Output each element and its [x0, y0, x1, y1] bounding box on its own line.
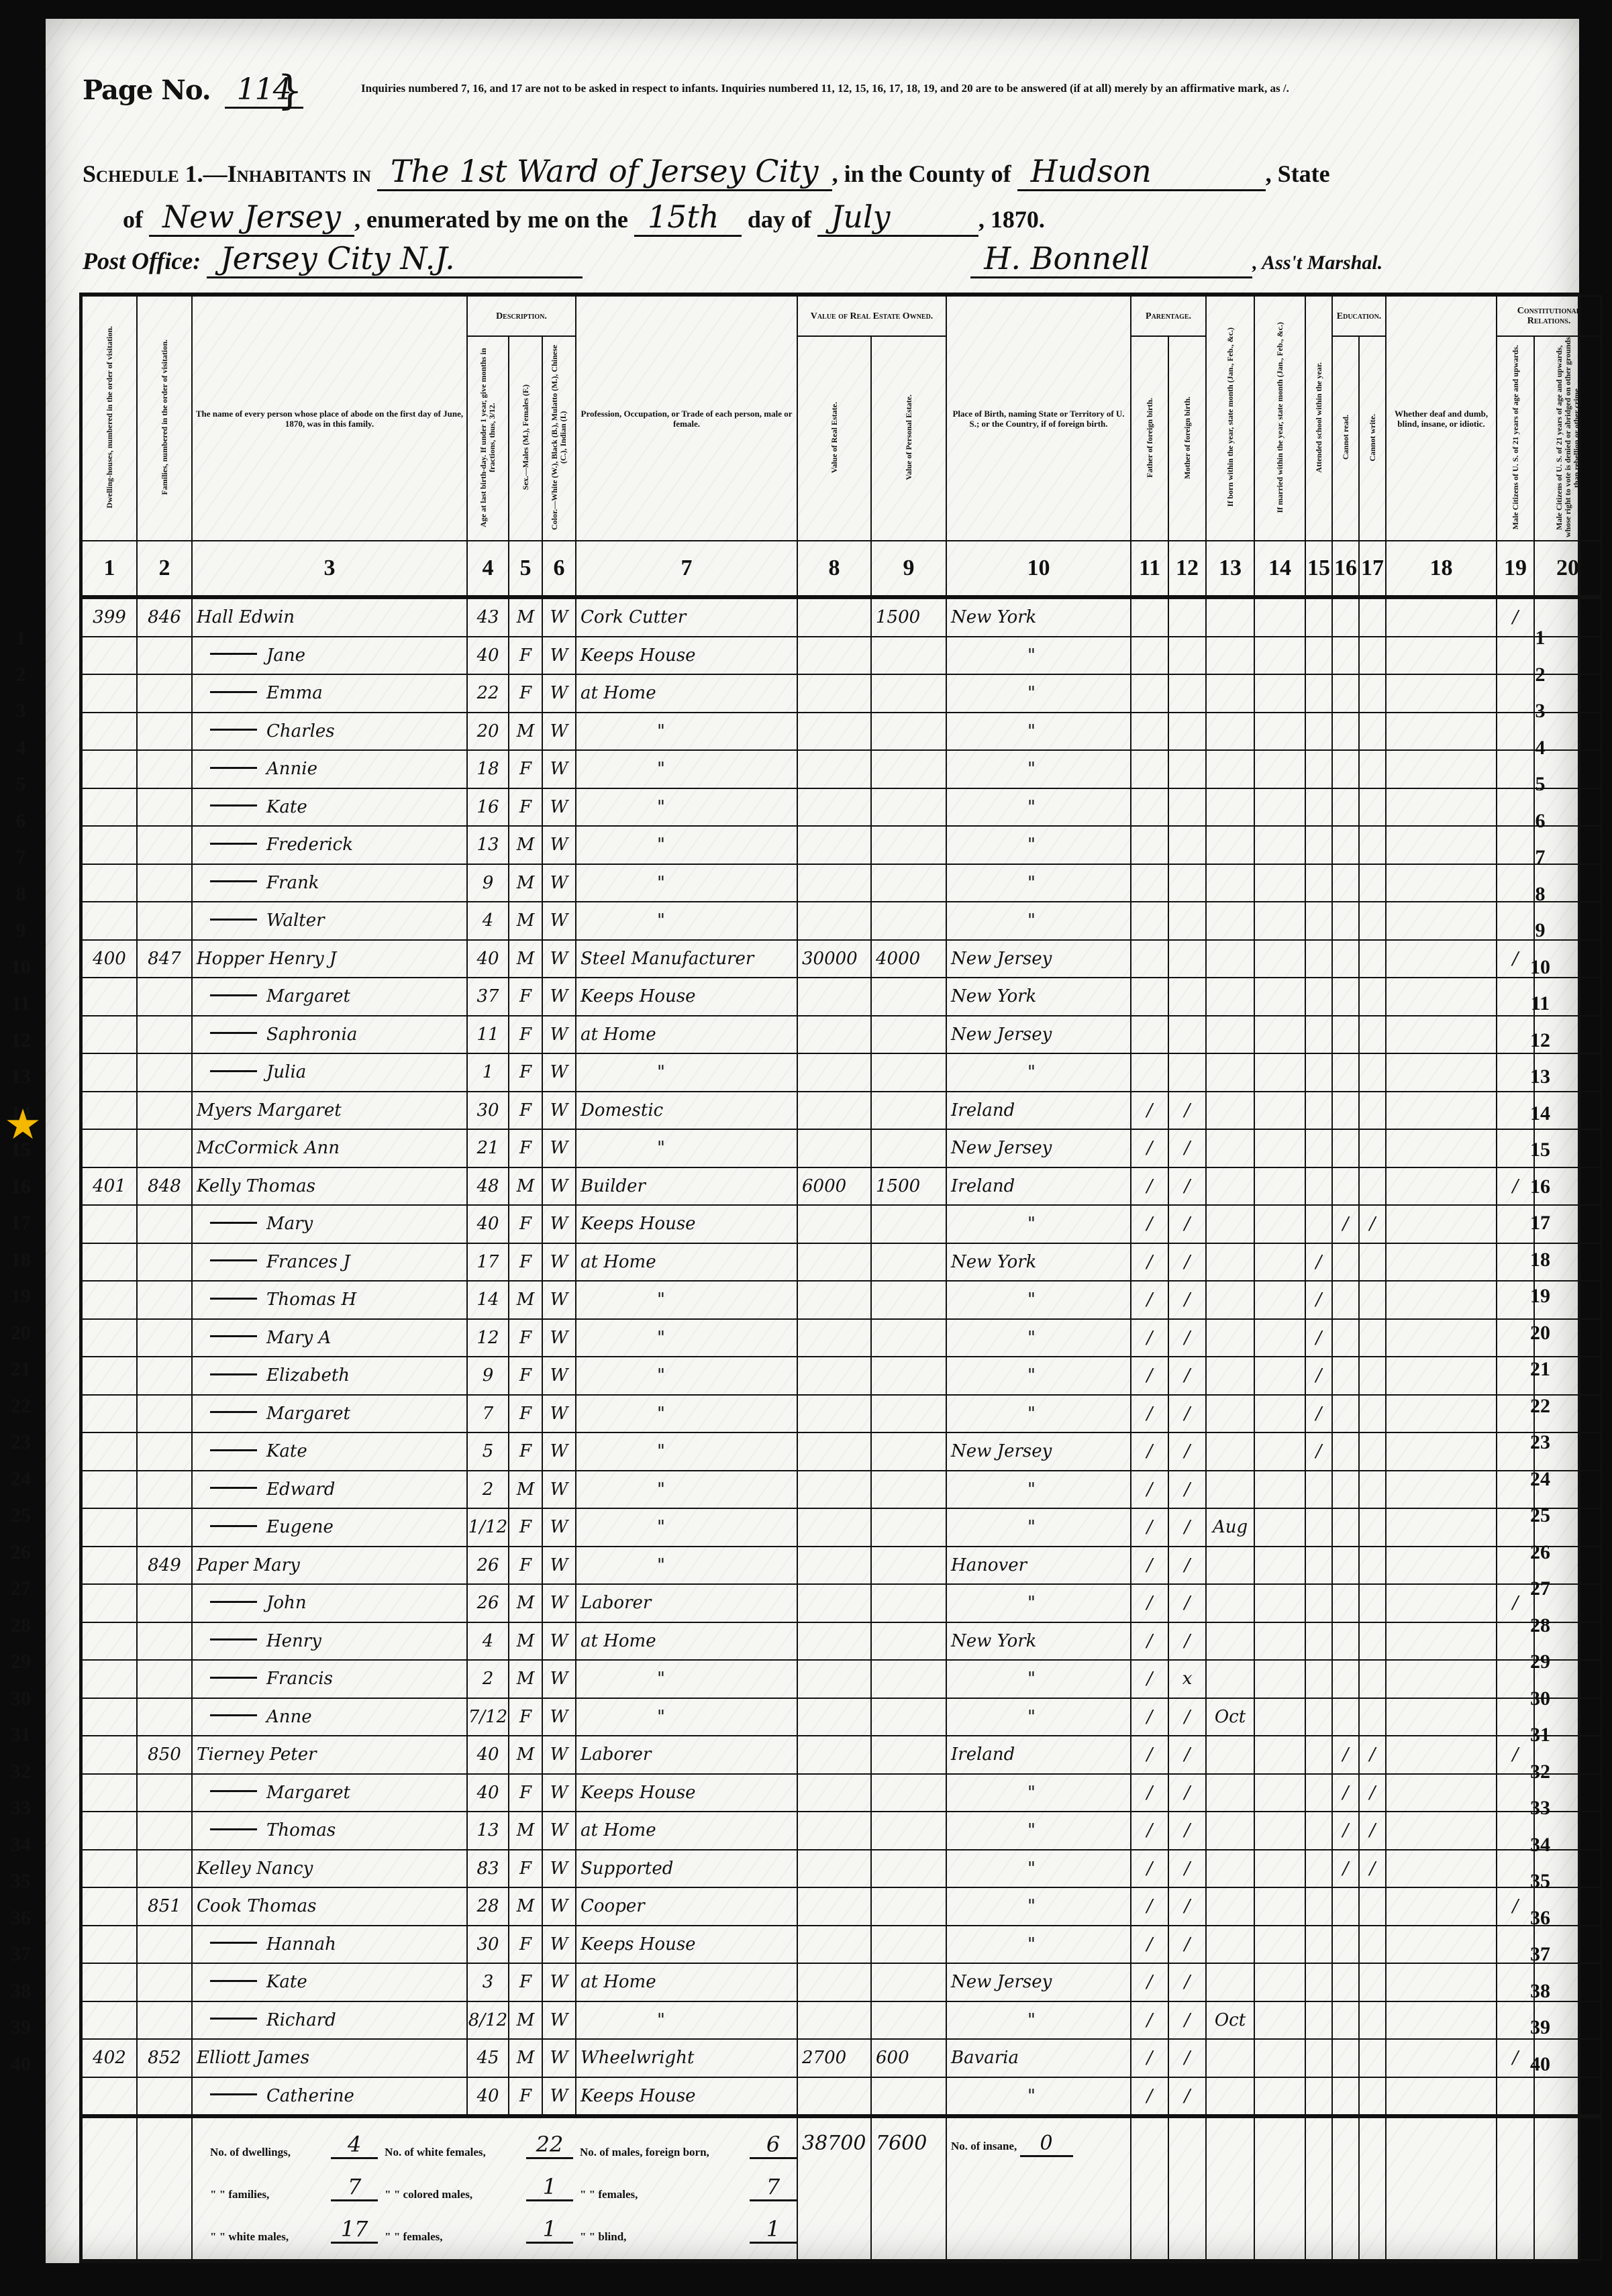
cell-occupation: " [576, 902, 797, 940]
ditto-dash [210, 1335, 257, 1337]
cell-write [1359, 1053, 1386, 1092]
cell-family [137, 1205, 192, 1243]
cell-married [1254, 2039, 1305, 2077]
cell-personal [871, 1584, 946, 1622]
cell-sex: M [509, 1812, 542, 1850]
cell-mother [1168, 902, 1206, 940]
given-name: Thomas H [266, 1290, 356, 1310]
cell-write [1359, 978, 1386, 1016]
cell-personal [871, 1887, 946, 1926]
table-row: Elizabeth9FW""/// [82, 1357, 1601, 1395]
cell-dwelling [82, 1508, 137, 1547]
person-name: Hopper Henry J [192, 940, 467, 978]
cell-sex: M [509, 1281, 542, 1319]
cell-dwelling [82, 637, 137, 675]
cell-mother [1168, 940, 1206, 978]
cell-read [1332, 1432, 1359, 1471]
row-number: 18 [4, 1249, 38, 1271]
person-name: Kate [192, 1963, 467, 2001]
census-rows: 399846Hall Edwin43MWCork Cutter1500New Y… [82, 597, 1601, 2116]
cell-personal: 4000 [871, 940, 946, 978]
cell-personal [871, 1432, 946, 1471]
person-name: Myers Margaret [192, 1092, 467, 1130]
cell-married [1254, 1016, 1305, 1054]
cell-read [1332, 1395, 1359, 1433]
cell-sex: F [509, 978, 542, 1016]
cell-personal [871, 1774, 946, 1812]
cell-color: W [542, 1129, 576, 1167]
cell-born [1206, 1243, 1254, 1282]
cell-occupation: Keeps House [576, 1926, 797, 1964]
person-name: Mary A [192, 1319, 467, 1357]
cell-birthplace: Ireland [946, 1167, 1131, 1206]
cell-personal [871, 1850, 946, 1888]
row-number: 11 [4, 992, 38, 1015]
cell-personal [871, 1016, 946, 1054]
given-name: Mary [254, 1555, 300, 1575]
row-number: 13 [4, 1065, 38, 1088]
row-number: 15 [1523, 1139, 1557, 1161]
foreign-females-count: 7 [750, 2174, 797, 2201]
row-number: 12 [4, 1029, 38, 1052]
cell-family: 847 [137, 940, 192, 978]
cell-birthplace: " [946, 1584, 1131, 1622]
cell-occupation: at Home [576, 1812, 797, 1850]
column-number: 15 [1305, 541, 1332, 597]
cell-real [797, 597, 871, 637]
person-name: John [192, 1584, 467, 1622]
cell-real [797, 1926, 871, 1964]
cell-sex: F [509, 637, 542, 675]
cell-real [797, 1319, 871, 1357]
brace-icon: } [277, 67, 303, 114]
surname: Hall [197, 607, 234, 627]
cell-mother [1168, 750, 1206, 788]
cell-defect [1386, 1016, 1497, 1054]
cell-family [137, 1926, 192, 1964]
col-header-18: Whether deaf and dumb, blind, insane, or… [1386, 296, 1497, 541]
row-number: 28 [1523, 1614, 1557, 1637]
cell-father: / [1131, 1357, 1168, 1395]
cell-real [797, 1281, 871, 1319]
cell-born [1206, 1963, 1254, 2001]
cell-born [1206, 713, 1254, 751]
cell-dwelling [82, 1357, 137, 1395]
cell-birthplace: " [946, 1508, 1131, 1547]
cell-school [1305, 1698, 1332, 1736]
cell-family [137, 978, 192, 1016]
cell-dwelling [82, 1092, 137, 1130]
cell-father [1131, 1053, 1168, 1092]
cell-birthplace: New York [946, 597, 1131, 637]
row-number: 6 [1523, 810, 1557, 833]
cell-defect [1386, 674, 1497, 713]
cell-married [1254, 1432, 1305, 1471]
given-name: Kate [266, 797, 307, 817]
cell-father: / [1131, 1774, 1168, 1812]
cell-defect [1386, 1281, 1497, 1319]
person-name: Margaret [192, 1774, 467, 1812]
cell-school [1305, 1622, 1332, 1661]
cell-mother: / [1168, 1508, 1206, 1547]
real-estate-total: 38700 [797, 2116, 871, 2260]
cell-mother: / [1168, 2001, 1206, 2040]
ditto-dash [210, 691, 257, 693]
cell-personal [871, 1281, 946, 1319]
cell-school [1305, 1547, 1332, 1585]
cell-sex: M [509, 1622, 542, 1661]
cell-dwelling [82, 1812, 137, 1850]
cell-defect [1386, 1053, 1497, 1092]
cell-write [1359, 1660, 1386, 1698]
cell-born [1206, 1471, 1254, 1509]
ditto-dash [210, 1638, 257, 1640]
cell-family: 852 [137, 2039, 192, 2077]
row-number: 27 [4, 1577, 38, 1600]
col-header-1: Dwelling-houses, numbered in the order o… [82, 296, 137, 541]
cell-family [137, 1850, 192, 1888]
table-row: Kate5FW"New Jersey/// [82, 1432, 1601, 1471]
surname: Elliott [197, 2048, 250, 2068]
cell-father [1131, 902, 1168, 940]
cell-sex: F [509, 750, 542, 788]
cell-sex: M [509, 1736, 542, 1774]
cell-dwelling [82, 1887, 137, 1926]
cell-school [1305, 1774, 1332, 1812]
cell-family [137, 902, 192, 940]
cell-mother [1168, 788, 1206, 827]
cell-father [1131, 750, 1168, 788]
cell-married [1254, 1205, 1305, 1243]
state-line: of New Jersey, enumerated by me on the 1… [123, 199, 1045, 237]
cell-married [1254, 940, 1305, 978]
cell-real [797, 826, 871, 864]
cell-defect [1386, 1584, 1497, 1622]
table-row: Eugene1/12FW""//Aug [82, 1508, 1601, 1547]
cell-personal [871, 826, 946, 864]
column-number: 18 [1386, 541, 1497, 597]
families-count: 7 [331, 2174, 378, 2201]
ditto-dash [210, 767, 257, 769]
cell-father: / [1131, 1432, 1168, 1471]
cell-color: W [542, 1167, 576, 1206]
cell-age: 9 [467, 864, 509, 902]
cell-occupation: " [576, 864, 797, 902]
cell-defect [1386, 1774, 1497, 1812]
cell-father: / [1131, 1547, 1168, 1585]
given-name: Anne [266, 1707, 312, 1727]
cell-age: 13 [467, 826, 509, 864]
row-number: 34 [4, 1834, 38, 1857]
cell-father: / [1131, 1812, 1168, 1850]
cell-sex: F [509, 1016, 542, 1054]
person-name: Henry [192, 1622, 467, 1661]
cell-write [1359, 1698, 1386, 1736]
cell-school [1305, 1812, 1332, 1850]
given-name: Mary A [266, 1328, 331, 1348]
cell-real [797, 1584, 871, 1622]
cell-read: / [1332, 1850, 1359, 1888]
row-number: 37 [1523, 1943, 1557, 1966]
cell-age: 45 [467, 2039, 509, 2077]
cell-real [797, 1774, 871, 1812]
cell-age: 4 [467, 902, 509, 940]
cell-defect [1386, 637, 1497, 675]
ditto-dash [210, 1449, 257, 1451]
cell-mother: / [1168, 1774, 1206, 1812]
cell-birthplace: " [946, 1698, 1131, 1736]
cell-real [797, 1963, 871, 2001]
day-field: 15th [634, 199, 742, 237]
cell-mother: / [1168, 1205, 1206, 1243]
cell-personal [871, 1471, 946, 1509]
row-number: 8 [1523, 883, 1557, 906]
column-number: 11 [1131, 541, 1168, 597]
cell-write [1359, 713, 1386, 751]
cell-occupation: Laborer [576, 1736, 797, 1774]
cell-color: W [542, 1205, 576, 1243]
row-number: 22 [1523, 1395, 1557, 1418]
row-number: 18 [1523, 1249, 1557, 1271]
table-row: 399846Hall Edwin43MWCork Cutter1500New Y… [82, 597, 1601, 637]
cell-family [137, 1584, 192, 1622]
cell-born [1206, 1584, 1254, 1622]
cell-read [1332, 1092, 1359, 1130]
cell-color: W [542, 1547, 576, 1585]
column-number: 17 [1359, 541, 1386, 597]
cell-defect [1386, 1092, 1497, 1130]
cell-read [1332, 1053, 1359, 1092]
cell-born: Oct [1206, 2001, 1254, 2040]
cell-birthplace: " [946, 1053, 1131, 1092]
cell-school [1305, 1129, 1332, 1167]
cell-married [1254, 1926, 1305, 1964]
table-row: Francis2MW""/x [82, 1660, 1601, 1698]
table-row: Henry4MWat HomeNew York// [82, 1622, 1601, 1661]
cell-defect [1386, 826, 1497, 864]
cell-color: W [542, 2001, 576, 2040]
cell-write [1359, 1963, 1386, 2001]
cell-mother: / [1168, 1129, 1206, 1167]
cell-father: / [1131, 1887, 1168, 1926]
cell-read [1332, 902, 1359, 940]
cell-age: 26 [467, 1547, 509, 1585]
row-number: 28 [4, 1614, 38, 1637]
cell-age: 37 [467, 978, 509, 1016]
cell-defect [1386, 1319, 1497, 1357]
cell-occupation: " [576, 1053, 797, 1092]
col-header-3: The name of every person whose place of … [192, 296, 467, 541]
cell-real: 2700 [797, 2039, 871, 2077]
group-education: Education. [1332, 296, 1386, 336]
given-name: Peter [270, 1744, 317, 1765]
cell-school [1305, 826, 1332, 864]
cell-read [1332, 1319, 1359, 1357]
ditto-dash [210, 1601, 257, 1603]
cell-personal [871, 1812, 946, 1850]
row-number: 40 [4, 2053, 38, 2076]
cell-born [1206, 1432, 1254, 1471]
cell-school [1305, 750, 1332, 788]
column-number: 9 [871, 541, 946, 597]
given-name: Kate [266, 1972, 307, 1992]
cell-real [797, 637, 871, 675]
given-name: Frances J [266, 1252, 350, 1272]
cell-father: / [1131, 1092, 1168, 1130]
given-name: Margaret [258, 1100, 342, 1120]
table-row: 400847Hopper Henry J40MWSteel Manufactur… [82, 940, 1601, 978]
col-header-17: Cannot write. [1359, 336, 1386, 541]
cell-school [1305, 1850, 1332, 1888]
cell-read [1332, 1887, 1359, 1926]
surname: McCormick [197, 1138, 299, 1158]
cell-family [137, 2001, 192, 2040]
row-number: 19 [4, 1285, 38, 1308]
cell-personal [871, 2001, 946, 2040]
cell-family [137, 1053, 192, 1092]
cell-sex: F [509, 1357, 542, 1395]
cell-age: 40 [467, 1774, 509, 1812]
table-row: 849Paper Mary26FW"Hanover// [82, 1547, 1601, 1585]
row-number: 36 [1523, 1907, 1557, 1930]
person-name: Julia [192, 1053, 467, 1092]
cell-age: 5 [467, 1432, 509, 1471]
cell-age: 14 [467, 1281, 509, 1319]
cell-occupation: Cork Cutter [576, 597, 797, 637]
ditto-dash [210, 919, 257, 921]
given-name: John [266, 1593, 307, 1613]
cell-father: / [1131, 1736, 1168, 1774]
cell-school [1305, 2001, 1332, 2040]
row-number: 5 [4, 773, 38, 796]
cell-dwelling [82, 902, 137, 940]
cell-school: / [1305, 1432, 1332, 1471]
cell-school [1305, 1926, 1332, 1964]
given-name: Margaret [266, 1783, 350, 1803]
cell-married [1254, 1508, 1305, 1547]
ditto-dash [210, 994, 257, 996]
row-number: 31 [4, 1724, 38, 1746]
cell-read [1332, 2039, 1359, 2077]
column-number: 5 [509, 541, 542, 597]
cell-sex: F [509, 674, 542, 713]
person-name: Kate [192, 1432, 467, 1471]
cell-mother: / [1168, 1812, 1206, 1850]
cell-write [1359, 788, 1386, 827]
given-name: Edwin [239, 607, 295, 627]
row-number: 25 [4, 1504, 38, 1527]
table-row: Annie18FW"" [82, 750, 1601, 788]
cell-occupation: Keeps House [576, 2077, 797, 2117]
cell-color: W [542, 1357, 576, 1395]
cell-mother [1168, 713, 1206, 751]
cell-school: / [1305, 1395, 1332, 1433]
cell-born [1206, 1129, 1254, 1167]
cell-color: W [542, 713, 576, 751]
cell-school: / [1305, 1243, 1332, 1282]
row-number: 11 [1523, 992, 1557, 1015]
table-row: Catherine40FWKeeps House"// [82, 2077, 1601, 2117]
cell-mother: / [1168, 2077, 1206, 2117]
cell-occupation: " [576, 1395, 797, 1433]
cell-sex: M [509, 826, 542, 864]
row-number: 20 [4, 1322, 38, 1345]
cell-personal: 1500 [871, 597, 946, 637]
cell-age: 40 [467, 637, 509, 675]
surname: Cook [197, 1896, 242, 1916]
cell-school: / [1305, 1281, 1332, 1319]
cell-father: / [1131, 1850, 1168, 1888]
cell-school [1305, 1016, 1332, 1054]
cell-sex: M [509, 1471, 542, 1509]
cell-read [1332, 1016, 1359, 1054]
cell-dwelling [82, 1053, 137, 1092]
ditto-dash [210, 653, 257, 655]
column-number: 14 [1254, 541, 1305, 597]
cell-family [137, 788, 192, 827]
given-name: Margaret [266, 1404, 350, 1424]
cell-read [1332, 597, 1359, 637]
cell-family [137, 1508, 192, 1547]
row-number: 29 [1523, 1651, 1557, 1673]
cell-personal [871, 1508, 946, 1547]
cell-sex: M [509, 713, 542, 751]
person-name: Charles [192, 713, 467, 751]
cell-sex: F [509, 1395, 542, 1433]
person-name: Margaret [192, 978, 467, 1016]
col-header-2: Families, numbered in the order of visit… [137, 296, 192, 541]
cell-occupation: at Home [576, 1243, 797, 1282]
cell-real [797, 2077, 871, 2117]
row-number: 2 [4, 664, 38, 686]
cell-age: 11 [467, 1016, 509, 1054]
cell-sex: M [509, 1584, 542, 1622]
cell-read [1332, 1243, 1359, 1282]
cell-real [797, 1129, 871, 1167]
cell-birthplace: " [946, 1281, 1131, 1319]
cell-father [1131, 788, 1168, 827]
cell-write: / [1359, 1812, 1386, 1850]
cell-married [1254, 2077, 1305, 2117]
cell-color: W [542, 1887, 576, 1926]
row-number: 32 [4, 1761, 38, 1783]
cell-family [137, 713, 192, 751]
cell-real: 30000 [797, 940, 871, 978]
cell-defect [1386, 2039, 1497, 2077]
cell-age: 20 [467, 713, 509, 751]
given-name: Kate [266, 1441, 307, 1461]
col-header-10: Place of Birth, naming State or Territor… [946, 296, 1131, 541]
post-office-line: Post Office: Jersey City N.J. H. Bonnell… [83, 240, 1382, 278]
row-number: 29 [4, 1651, 38, 1673]
cell-color: W [542, 864, 576, 902]
page-number: Page No. 114 [83, 72, 303, 107]
cell-personal [871, 864, 946, 902]
cell-personal [871, 674, 946, 713]
cell-color: W [542, 1016, 576, 1054]
cell-age: 83 [467, 1850, 509, 1888]
cell-write [1359, 1357, 1386, 1395]
cell-sex: M [509, 940, 542, 978]
cell-dwelling [82, 1243, 137, 1282]
cell-real [797, 2001, 871, 2040]
cell-read [1332, 1471, 1359, 1509]
cell-school [1305, 1736, 1332, 1774]
cell-real [797, 1243, 871, 1282]
cell-sex: M [509, 864, 542, 902]
cell-school [1305, 864, 1332, 902]
cell-born [1206, 1319, 1254, 1357]
